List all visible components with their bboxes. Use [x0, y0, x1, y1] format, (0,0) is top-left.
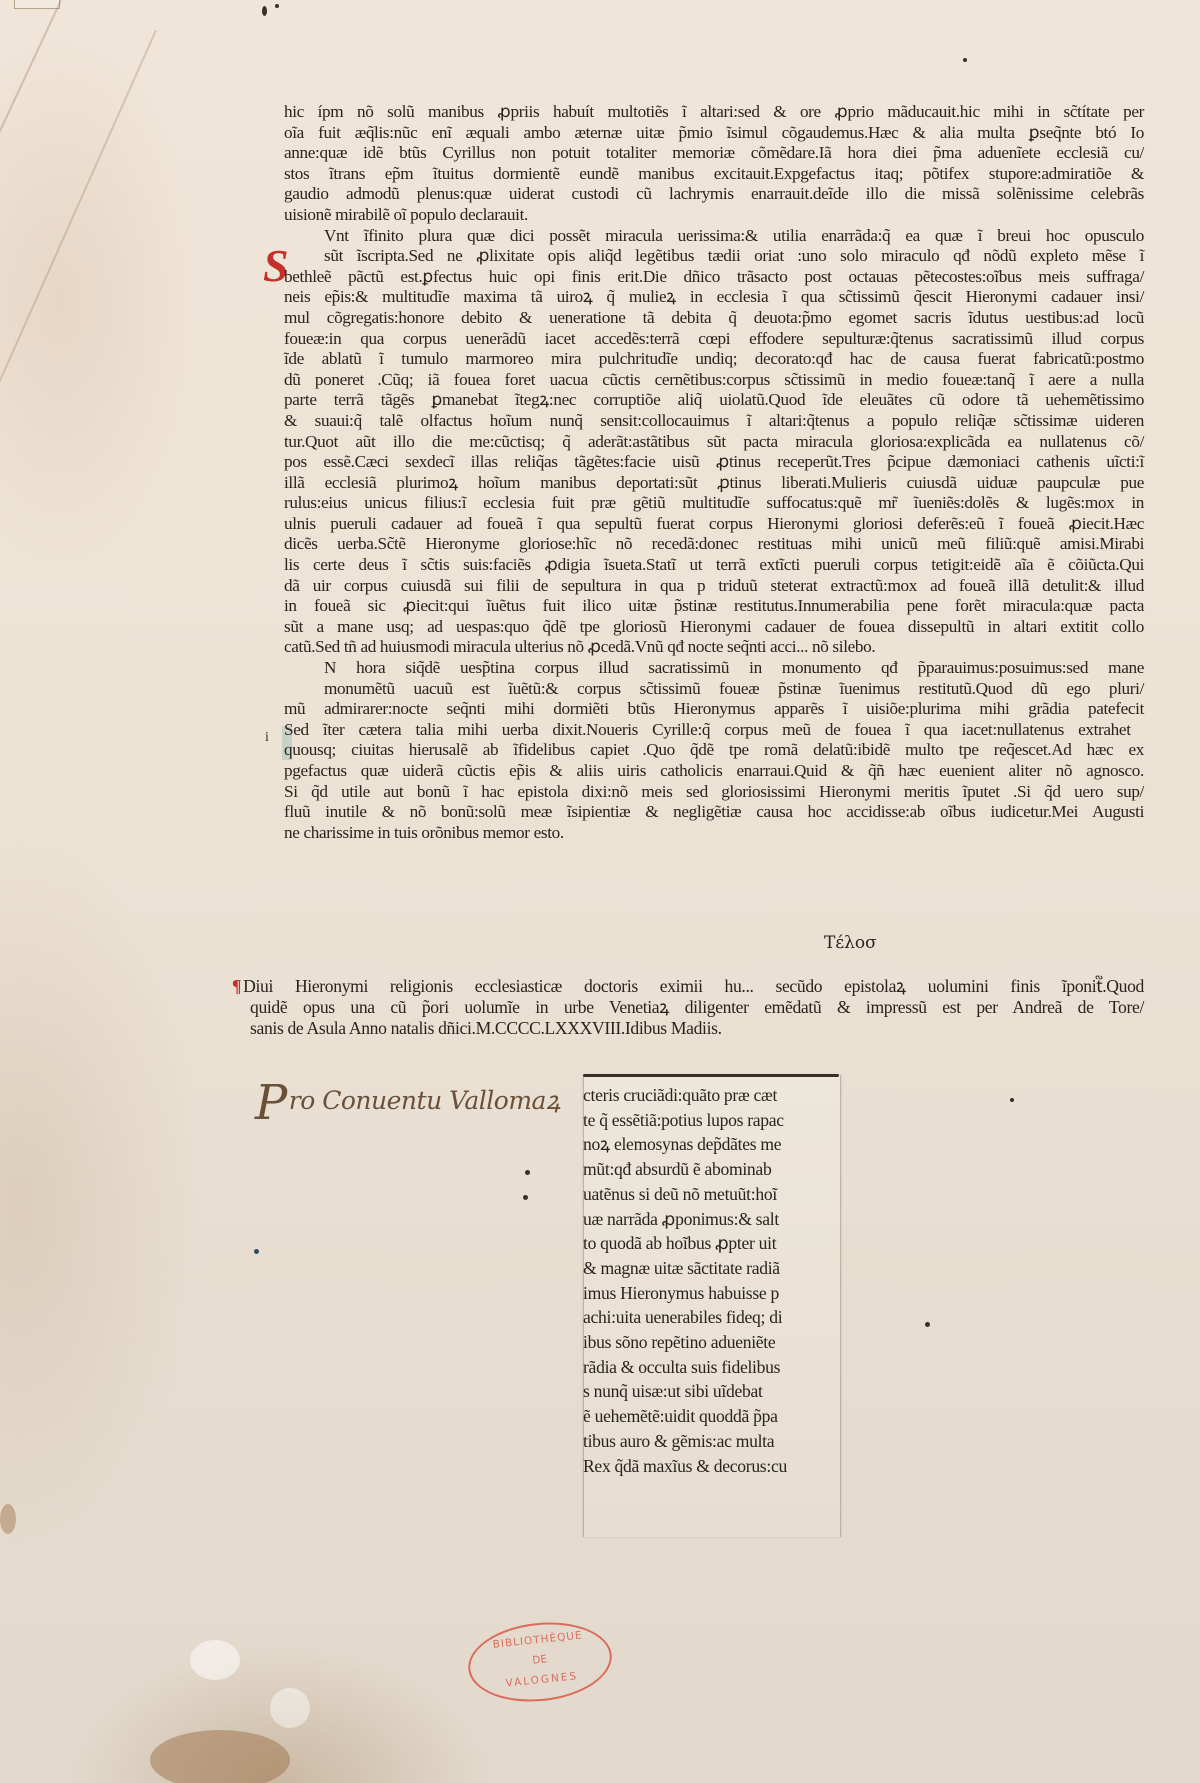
text-line: parte terrã tãgẽs ꝑmanebat ĩtegꝝ:nec cor… [284, 390, 1144, 411]
text-line: sũt ĩscripta.Sed ne ꝓlixitate opis aliq̃… [284, 246, 1144, 267]
text-line: lis certe deus ĩ sc̃tis suis:faciẽs ꝓdig… [284, 555, 1144, 576]
closing-word-telos: Τέλοσ [824, 933, 877, 953]
patch-line: mũt:qđ absurdũ ẽ abominab [583, 1157, 837, 1182]
text-line: sũt a mane usq; ad uespas:quo q̃dẽ tpe g… [284, 617, 1144, 638]
paper-tab-corner [14, 0, 60, 9]
text-line: neis ep̃is:& multitudĩe maxima tã uiroꝝ … [284, 287, 1144, 308]
inscription-text: ro Conuentu Vallomaꝝ [289, 1086, 560, 1115]
ink-spot [525, 1170, 530, 1175]
text-line: stos ĩtrans ep̃m ĩtuitus dormientẽ eundẽ… [284, 164, 1144, 185]
ink-spot [523, 1195, 528, 1200]
pilcrow-icon: ¶ [232, 976, 241, 996]
text-line: Si q̃d utile aut bonũ ĩ hac epistola dix… [284, 782, 1144, 803]
text-line: uisionẽ mirabilẽ oĩ populo declarauit. [284, 205, 1144, 226]
text-line: foueæ:in qua corpus uenerãdũ iacet acced… [284, 329, 1144, 350]
patch-line: to quodã ab hoĩbus ꝓpter uit [583, 1231, 837, 1256]
ink-spot [275, 4, 279, 8]
text-line: illã ecclesiã plurimoꝝ hoĩum manibus dep… [284, 473, 1144, 494]
patch-line: Rex q̃dã maxĩus & decorus:cu [583, 1454, 837, 1479]
text-line: dã uir corpus cuiusdã sui filii de sepul… [284, 576, 1144, 597]
patch-line: s nunq̃ uisæ:ut sibi uĩdebat᷑ [583, 1379, 837, 1404]
text-line: hic ípm nõ solũ manibus ꝓpriis habuít mu… [284, 102, 1144, 123]
ink-spot [254, 1249, 259, 1254]
patch-line: uæ narrãda ꝓponimus:& salt [583, 1207, 837, 1232]
patch-line: tibus auro & gẽmis:ac multa [583, 1429, 837, 1454]
text-line: tur.Quot aũt illo die me:cũctisq; q̃ ade… [284, 432, 1144, 453]
text-line: gaudio admodũ plenus:quæ uiderat custodi… [284, 184, 1144, 205]
text-line: quousq; ciuitas hierusalẽ ab ĩfidelibus … [284, 740, 1144, 761]
patch-line: & magnæ uitæ sãctitate radiã [583, 1256, 837, 1281]
repair-patch-text: cteris cruciãdi:quãto præ cæt te q̃ essẽ… [583, 1083, 837, 1478]
guide-letter: i [265, 730, 269, 746]
colophon-line: Diui Hieronymi religionis ecclesiasticæ … [243, 976, 1144, 996]
text-line: & suaui:q̃ talẽ olfactus hoĩum nunq̃ sen… [284, 411, 1144, 432]
text-line: in foueã sic ꝓiecit:qui ĩuẽtus fuit ilic… [284, 596, 1144, 617]
text-line: mul cõgregatis:honore debito & ueneratio… [284, 308, 1144, 329]
text-line: ne charissime in tuis orõnibus memor est… [284, 823, 1144, 844]
paper-stain [150, 1730, 290, 1783]
text-line: oĩa fuit æq̃lis:nũc enĩ æquali ambo æter… [284, 123, 1144, 144]
ink-spot [963, 58, 967, 62]
text-line: monumẽtũ uacuũ est ĩuẽtũ:& corpus sc̃tis… [284, 679, 1144, 700]
text-line: bethleẽ pãctũ est.ꝑfectus huic opi finis… [284, 267, 1144, 288]
text-line: dũ poneret᷑.Cũq; iã fouea foret uacua cũ… [284, 370, 1144, 391]
text-line: rulus:eius unicus filius:ĩ ecclesia fuit… [284, 493, 1144, 514]
text-line: anne:quæ idẽ btũs Cyrillus non potuit to… [284, 143, 1144, 164]
ink-spot [262, 6, 267, 16]
colophon-line: sanis de Asula Anno natalis dñici.M.CCCC… [232, 1018, 1144, 1039]
paper-crease [0, 30, 157, 415]
colophon: ¶Diui Hieronymi religionis ecclesiasticæ… [232, 976, 1144, 1039]
library-stamp: BIBLIOTHÈQUE DE VALOGNES [464, 1616, 615, 1709]
patch-line: te q̃ essẽtiã:potius lupos rapac [583, 1108, 837, 1133]
paper-stain [190, 1640, 240, 1680]
patch-line: ẽ uehemẽtẽ:uidit quoddã p̃pa [583, 1404, 837, 1429]
colophon-line: quidẽ opus una cũ p̃ori uolumĩe in urbe … [232, 997, 1144, 1018]
manuscript-page: S i hic ípm nõ solũ manibus ꝓpriis habuí… [0, 0, 1200, 1783]
patch-line: ibus sõno repẽtino adueniẽte [583, 1330, 837, 1355]
text-line: fluũ inutile & nõ bonũ:solũ meæ ĩsipient… [284, 802, 1144, 823]
text-line: ĩde ablatũ ĩ tumulo marmoreo mira pulchr… [284, 349, 1144, 370]
patch-top-rule [583, 1074, 839, 1077]
patch-line: achi:uita uenerabiles fideq; di [583, 1305, 837, 1330]
inscription-initial: P [255, 1075, 287, 1131]
ink-spot [925, 1322, 930, 1327]
text-line: Sed ĩter cætera talia mihi uerba dixit.N… [284, 720, 1144, 741]
patch-line: rãdia & occulta suis fidelibus [583, 1355, 837, 1380]
main-text-block: hic ípm nõ solũ manibus ꝓpriis habuít mu… [284, 102, 1144, 843]
patch-line: noꝝ elemosynas dep̃dãtes me [583, 1132, 837, 1157]
text-line: N hora siq̃dẽ uesp̃tina corpus illud sac… [284, 658, 1144, 679]
paper-stain [0, 1504, 16, 1534]
text-line: pgefactus quæ uiderã cũctis ep̃is & alii… [284, 761, 1144, 782]
text-line: Vnt ĩfinito plura quæ dici possẽt miracu… [284, 226, 1144, 247]
patch-line: imus Hieronymus habuisse p [583, 1281, 837, 1306]
text-line: ulnis pueruli cadauer ad foueã ĩ qua sep… [284, 514, 1144, 535]
patch-line: cteris cruciãdi:quãto præ cæt [583, 1083, 837, 1108]
text-line: catũ.Sed tñ ad huiusmodi miracula ulteri… [284, 637, 1144, 658]
ownership-inscription: Pro Conuentu Vallomaꝝ [255, 1083, 560, 1123]
ink-spot [1010, 1098, 1014, 1102]
patch-line: uatẽnus si deũ nõ metuũt:hoĩ [583, 1182, 837, 1207]
text-line: mũ admirarer:nocte seq̃nti mihi dormiẽti… [284, 699, 1144, 720]
text-line: dicẽs uerba.Sc̃tẽ Hieronyme gloriose:hĩc… [284, 534, 1144, 555]
text-line: pos essẽ.Cæci sexdecĩ illas reliq̃as tãg… [284, 452, 1144, 473]
paper-stain [270, 1688, 310, 1728]
